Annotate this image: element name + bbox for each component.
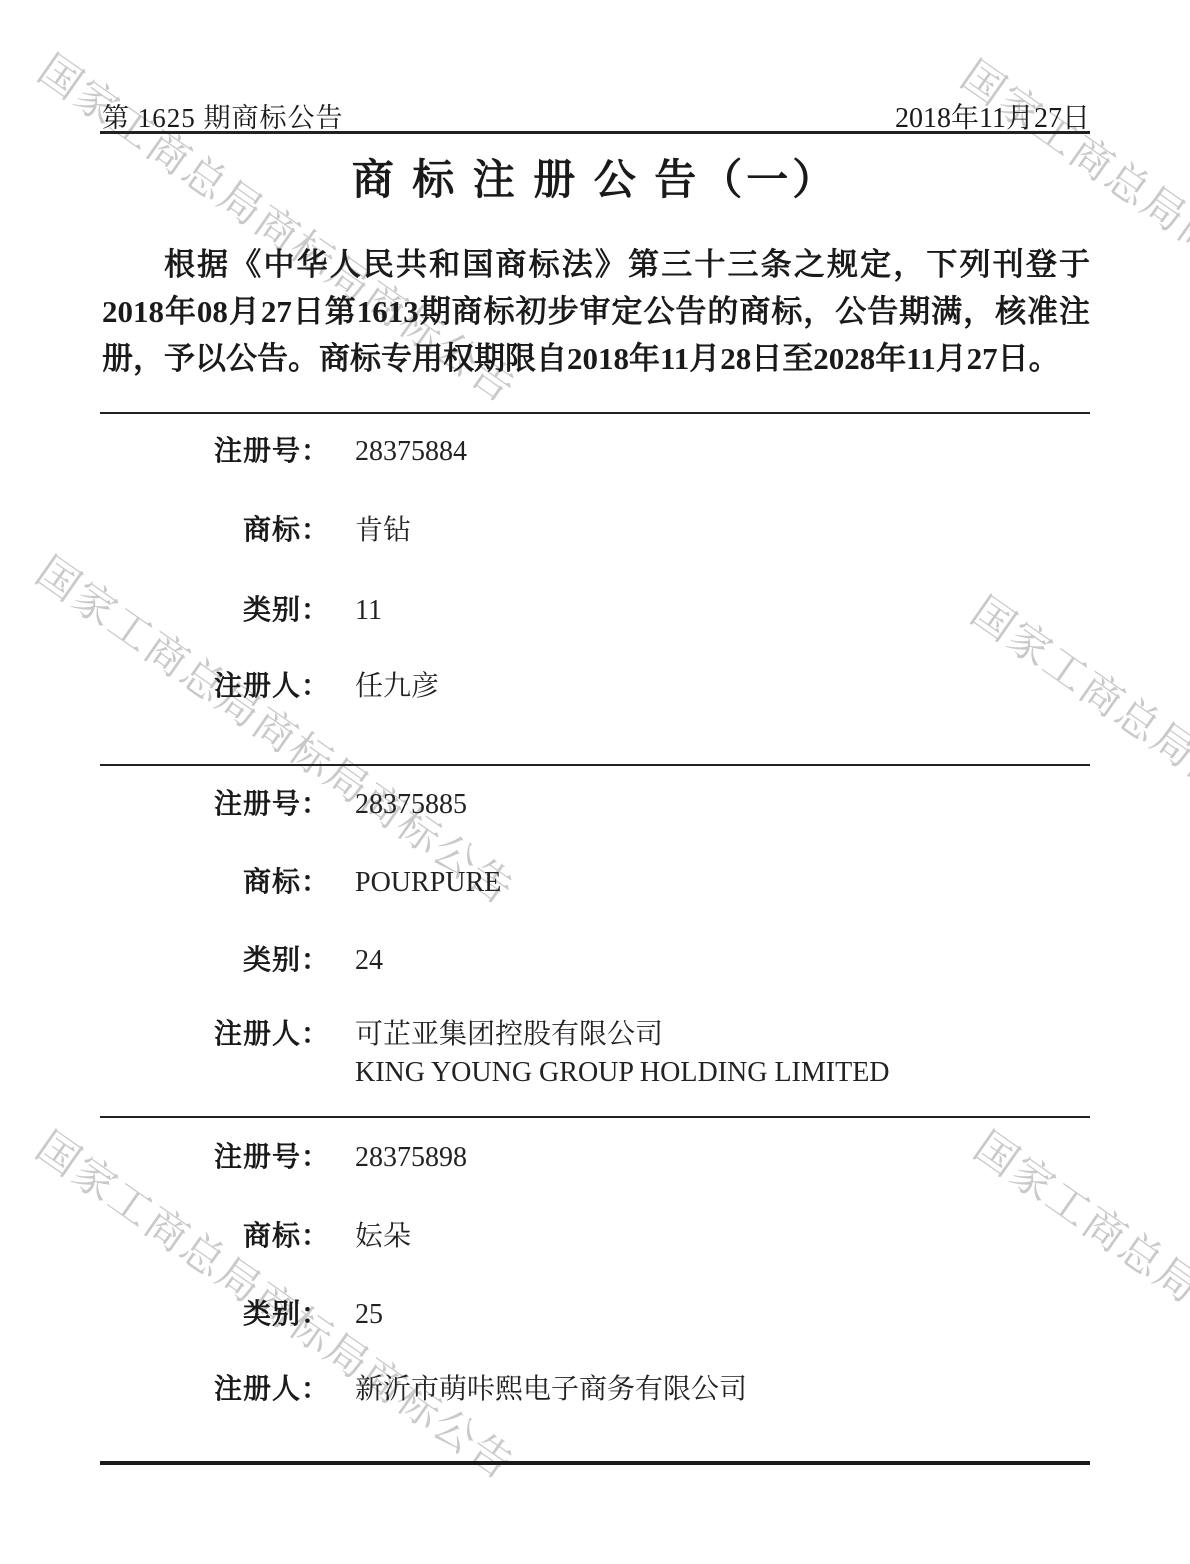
- field-label: 注册人：: [100, 668, 330, 706]
- field-value: 任九彦: [355, 668, 439, 706]
- field-row-reg-no: 注册号： 28375898: [100, 1139, 1090, 1177]
- field-value: 28375885: [355, 786, 467, 824]
- field-value: 28375884: [355, 433, 467, 471]
- field-value: 肯钻: [355, 512, 411, 550]
- field-label: 商标：: [100, 864, 330, 902]
- field-value: 25: [355, 1296, 383, 1334]
- field-value: 11: [355, 592, 382, 630]
- entry-separator: [100, 764, 1090, 766]
- field-row-trademark: 商标： 妘朵: [100, 1218, 1090, 1256]
- field-row-category: 类别： 25: [100, 1296, 1090, 1334]
- field-label: 注册号：: [100, 1139, 330, 1177]
- field-row-trademark: 商标： POURPURE: [100, 864, 1090, 902]
- intro-paragraph: 根据《中华人民共和国商标法》第三十三条之规定，下列刊登于2018年08月27日第…: [102, 241, 1090, 382]
- header-rule: [100, 131, 1090, 134]
- field-value: 28375898: [355, 1139, 467, 1177]
- field-value: POURPURE: [355, 864, 501, 902]
- registrant-en: KING YOUNG GROUP HOLDING LIMITED: [355, 1054, 890, 1092]
- field-row-reg-no: 注册号： 28375885: [100, 786, 1090, 824]
- field-label: 商标：: [100, 1218, 330, 1256]
- registrant-zh: 可芷亚集团控股有限公司: [355, 1016, 890, 1054]
- gazette-date-label: 2018年11月27日: [895, 96, 1090, 136]
- field-label: 类别：: [100, 942, 330, 980]
- field-value: 可芷亚集团控股有限公司 KING YOUNG GROUP HOLDING LIM…: [355, 1016, 890, 1092]
- gazette-issue-label: 第 1625 期商标公告: [102, 96, 344, 135]
- announcement-page: 国家工商总局商标局商标公告 国家工商总局商标局商标公告 国家工商总局商标局商标公…: [0, 0, 1190, 1564]
- field-label: 注册号：: [100, 786, 330, 824]
- page-content: 第 1625 期商标公告 2018年11月27日 商 标 注 册 公 告（一） …: [0, 0, 1190, 1564]
- field-value: 妘朵: [355, 1218, 411, 1256]
- field-row-registrant: 注册人： 新沂市萌咔熙电子商务有限公司: [100, 1371, 1090, 1409]
- field-row-category: 类别： 11: [100, 592, 1090, 630]
- field-label: 类别：: [100, 592, 330, 630]
- field-label: 注册人：: [100, 1371, 330, 1409]
- field-row-reg-no: 注册号： 28375884: [100, 433, 1090, 471]
- field-value: 新沂市萌咔熙电子商务有限公司: [355, 1371, 747, 1409]
- field-row-registrant: 注册人： 任九彦: [100, 668, 1090, 706]
- field-label: 注册号：: [100, 433, 330, 471]
- field-label: 商标：: [100, 512, 330, 550]
- entry-separator: [100, 412, 1090, 414]
- field-row-trademark: 商标： 肯钻: [100, 512, 1090, 550]
- bottom-rule: [100, 1461, 1090, 1465]
- field-value: 24: [355, 942, 383, 980]
- field-label: 类别：: [100, 1296, 330, 1334]
- field-row-category: 类别： 24: [100, 942, 1090, 980]
- field-row-registrant: 注册人： 可芷亚集团控股有限公司 KING YOUNG GROUP HOLDIN…: [100, 1016, 1090, 1092]
- field-label: 注册人：: [100, 1016, 330, 1054]
- page-title: 商 标 注 册 公 告（一）: [0, 147, 1190, 207]
- entry-separator: [100, 1116, 1090, 1118]
